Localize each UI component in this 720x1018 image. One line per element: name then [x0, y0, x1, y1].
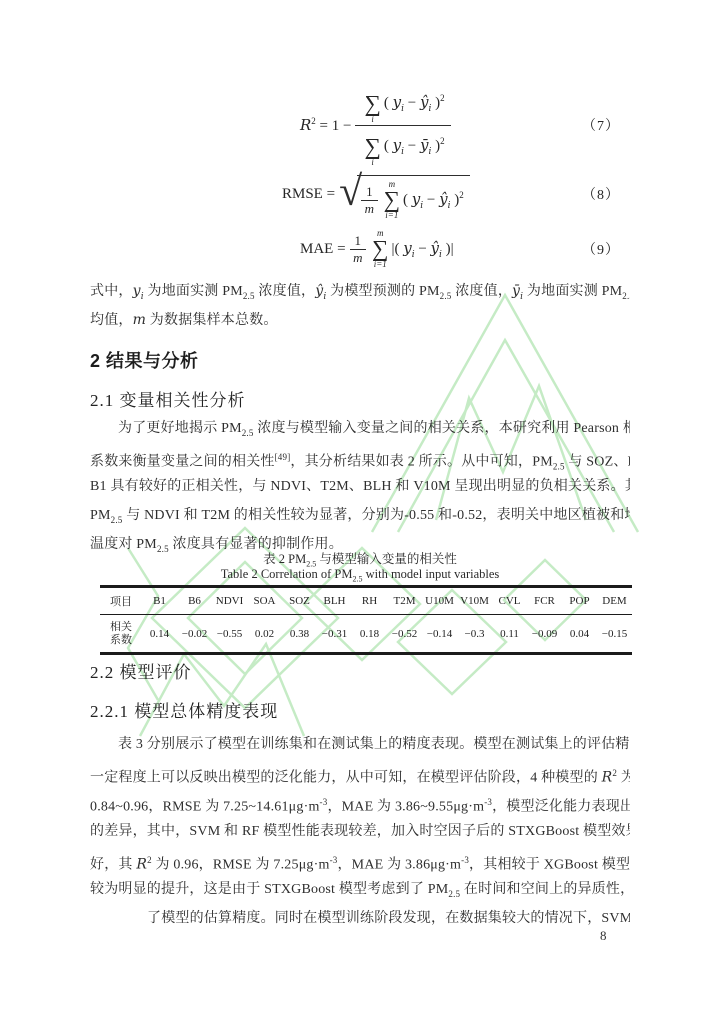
- table-header-cell: NDVI: [212, 588, 247, 614]
- equation-r2: R2 = 1 − ∑ i ( yi − ŷi )2 ∑ i: [90, 82, 630, 168]
- table-value-cell: −0.52: [387, 615, 422, 652]
- section-heading-overall-accuracy: 2.2.1 模型总体精度表现: [90, 697, 630, 722]
- one-over-m-fraction: 1 m: [350, 234, 367, 265]
- table-row-label: 相关系数: [100, 615, 142, 652]
- table-value-cell: 0.04: [562, 615, 597, 652]
- text-line: 了模型的估算精度。同时在模型训练阶段发现，在数据集较大的情况下，SVM 和 RF: [90, 904, 630, 933]
- table-value-cell: 0.38: [282, 615, 317, 652]
- table-header-cell: BLH: [317, 588, 352, 614]
- table-header-cell: 项目: [100, 588, 142, 614]
- one-over-m-fraction: 1 m: [361, 185, 378, 216]
- formula-note-paragraph: 式中，yi 为地面实测 PM2.5 浓度值，ŷi 为模型预测的 PM2.5 浓度…: [90, 277, 630, 335]
- table-value-cell: −0.09: [527, 615, 562, 652]
- section-heading-results: 2 结果与分析: [90, 347, 630, 373]
- table-value-cell: −0.14: [422, 615, 457, 652]
- table-header-cell: FCR: [527, 588, 562, 614]
- sum-symbol: m ∑ i=1: [384, 180, 400, 220]
- equation-r2-fraction: ∑ i ( yi − ŷi )2 ∑ i ( yi − ȳi )2: [355, 83, 450, 168]
- table-value-cell: −0.15: [597, 615, 632, 652]
- equation-r2-lhs: R2 = 1 −: [300, 116, 351, 135]
- equation-rmse: RMSE = √ 1 m m ∑ i=1 ( yi − ŷi )2 （8: [90, 168, 630, 220]
- equation-mae-term: |( yi − ŷi )|: [391, 239, 453, 260]
- text-line: 的差异，其中，SVM 和 RF 模型性能表现较差，加入时空因子后的 STXGBo…: [90, 817, 630, 846]
- equation-number: （7）: [582, 115, 620, 135]
- table-value-cell: 0.11: [492, 615, 527, 652]
- table-value-cell: 0.02: [247, 615, 282, 652]
- equation-r2-denominator-term: ( yi − ȳi )2: [384, 136, 445, 157]
- text-line: 一定程度上可以反映出模型的泛化能力，从中可知，在模型评估阶段，4 种模型的 R2…: [90, 759, 630, 788]
- equation-mae-lhs: MAE =: [300, 241, 346, 258]
- table-header-cell: V10M: [457, 588, 492, 614]
- table-value-cell: 0.14: [142, 615, 177, 652]
- equation-rmse-lhs: RMSE =: [282, 186, 335, 203]
- radical-sign: √ 1 m m ∑ i=1 ( yi − ŷi )2: [339, 168, 470, 220]
- table-header-cell: U10M: [422, 588, 457, 614]
- table-header-cell: B1: [142, 588, 177, 614]
- evaluation-paragraph: 表 3 分别展示了模型在训练集和在测试集上的精度表现。模型在测试集上的评估精度在…: [90, 730, 630, 933]
- text-line: PM2.5 与 NDVI 和 T2M 的相关性较为显著，分别为-0.55 和-0…: [90, 501, 630, 530]
- text-line: 系数来衡量变量之间的相关性[49]，其分析结果如表 2 所示。从中可知，PM2.…: [90, 443, 630, 472]
- text-line: 均值，m 为数据集样本总数。: [90, 306, 630, 335]
- table-header-cell: POP: [562, 588, 597, 614]
- table-header-cell: DEM: [597, 588, 632, 614]
- text-line: 表 3 分别展示了模型在训练集和在测试集上的精度表现。模型在测试集上的评估精度在: [90, 730, 630, 759]
- text-line: 式中，yi 为地面实测 PM2.5 浓度值，ŷi 为模型预测的 PM2.5 浓度…: [90, 277, 630, 306]
- table-caption-cn: 表 2 PM2.5 与模型输入变量的相关性: [90, 549, 630, 569]
- sum-symbol: ∑ i: [364, 84, 380, 124]
- table-value-cell: −0.02: [177, 615, 212, 652]
- table-header-cell: CVL: [492, 588, 527, 614]
- correlation-paragraph: 为了更好地揭示 PM2.5 浓度与模型输入变量之间的相关关系，本研究利用 Pea…: [90, 414, 630, 559]
- table-value-row: 相关系数0.14−0.02−0.550.020.38−0.310.18−0.52…: [100, 615, 632, 652]
- table-header-cell: SOZ: [282, 588, 317, 614]
- equation-mae: MAE = 1 m m ∑ i=1 |( yi − ŷi )| （9）: [90, 224, 630, 274]
- text-line: 好，其 R2 为 0.96，RMSE 为 7.25μg·m-3，MAE 为 3.…: [90, 846, 630, 875]
- equation-rmse-term: ( yi − ŷi )2: [403, 190, 464, 211]
- table-header-cell: RH: [352, 588, 387, 614]
- text-line: B1 具有较好的正相关性，与 NDVI、T2M、BLH 和 V10M 呈现出明显…: [90, 472, 630, 501]
- text-line: 较为明显的提升，这是由于 STXGBoost 模型考虑到了 PM2.5 在时间和…: [90, 875, 630, 904]
- table-value-cell: −0.55: [212, 615, 247, 652]
- table-header-cell: T2M: [387, 588, 422, 614]
- sum-symbol: m ∑ i=1: [372, 229, 388, 269]
- sum-symbol: ∑ i: [364, 127, 380, 167]
- equation-r2-numerator-term: ( yi − ŷi )2: [384, 93, 445, 114]
- equation-number: （9）: [582, 239, 620, 259]
- page-number: 8: [600, 928, 607, 944]
- paper-page: R2 = 1 − ∑ i ( yi − ŷi )2 ∑ i: [0, 0, 720, 1018]
- table-header-row: 项目B1B6NDVISOASOZBLHRHT2MU10MV10MCVLFCRPO…: [100, 588, 632, 615]
- section-heading-evaluation: 2.2 模型评价: [90, 658, 630, 683]
- table-value-cell: 0.18: [352, 615, 387, 652]
- table-value-cell: −0.31: [317, 615, 352, 652]
- text-line: 为了更好地揭示 PM2.5 浓度与模型输入变量之间的相关关系，本研究利用 Pea…: [90, 414, 630, 443]
- correlation-table: 项目B1B6NDVISOASOZBLHRHT2MU10MV10MCVLFCRPO…: [100, 585, 632, 655]
- text-line: 0.84~0.96，RMSE 为 7.25~14.61μg·m-3，MAE 为 …: [90, 788, 630, 817]
- table-value-cell: −0.3: [457, 615, 492, 652]
- table-header-cell: B6: [177, 588, 212, 614]
- section-heading-correlation: 2.1 变量相关性分析: [90, 386, 630, 411]
- equation-number: （8）: [582, 184, 620, 204]
- table-header-cell: SOA: [247, 588, 282, 614]
- table-caption-en: Table 2 Correlation of PM2.5 with model …: [90, 567, 630, 584]
